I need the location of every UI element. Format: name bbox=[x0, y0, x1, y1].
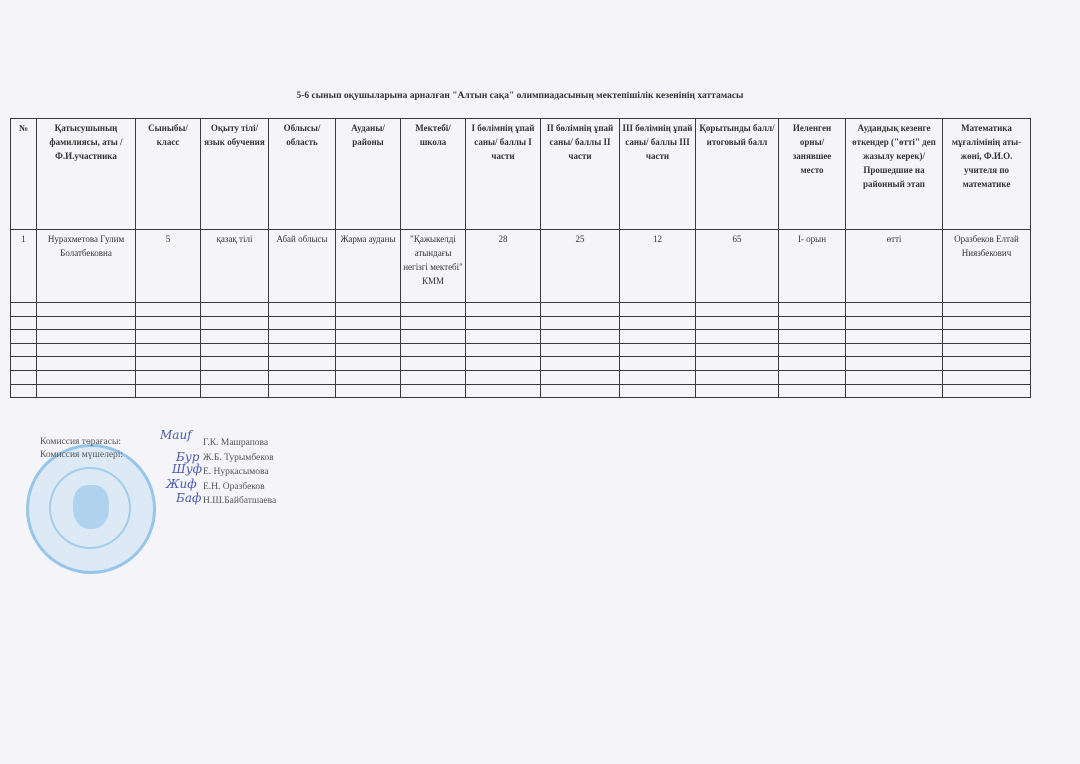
members-label: Комиссия мүшелері: bbox=[40, 449, 123, 462]
empty-cell bbox=[779, 330, 846, 344]
empty-cell bbox=[201, 330, 269, 344]
empty-cell bbox=[620, 303, 696, 317]
cell-grade: 5 bbox=[136, 230, 201, 303]
empty-cell bbox=[401, 370, 466, 384]
empty-cell bbox=[269, 303, 336, 317]
table-row-empty bbox=[11, 384, 1031, 398]
empty-cell bbox=[336, 384, 401, 398]
cell-teacher: Оразбеков Елтай Ниязбекович bbox=[943, 230, 1031, 303]
col-header-district: Ауданы/ районы bbox=[336, 119, 401, 230]
col-header-grade: Сыныбы/класс bbox=[136, 119, 201, 230]
empty-cell bbox=[336, 330, 401, 344]
empty-cell bbox=[37, 370, 136, 384]
state-emblem-icon bbox=[73, 485, 109, 529]
empty-cell bbox=[136, 316, 201, 330]
cell-part2: 25 bbox=[541, 230, 620, 303]
empty-cell bbox=[779, 343, 846, 357]
empty-cell bbox=[37, 357, 136, 371]
empty-cell bbox=[37, 330, 136, 344]
col-header-passed: Аудандық кезенге өткендер ("өтті" деп жа… bbox=[846, 119, 943, 230]
official-stamp bbox=[26, 444, 156, 574]
empty-cell bbox=[11, 316, 37, 330]
empty-cell bbox=[779, 316, 846, 330]
cell-total: 65 bbox=[696, 230, 779, 303]
empty-cell bbox=[779, 370, 846, 384]
table-row-empty bbox=[11, 357, 1031, 371]
empty-cell bbox=[846, 384, 943, 398]
empty-cell bbox=[136, 303, 201, 317]
empty-cell bbox=[846, 357, 943, 371]
table-row: 1 Нурахметова Гулим Болатбековна 5 қазақ… bbox=[11, 230, 1031, 303]
empty-cell bbox=[620, 357, 696, 371]
empty-cell bbox=[269, 370, 336, 384]
empty-cell bbox=[11, 303, 37, 317]
table-row-empty bbox=[11, 303, 1031, 317]
empty-cell bbox=[466, 384, 541, 398]
empty-cell bbox=[943, 370, 1031, 384]
empty-cell bbox=[620, 384, 696, 398]
empty-cell bbox=[136, 384, 201, 398]
empty-cell bbox=[696, 330, 779, 344]
empty-cell bbox=[779, 303, 846, 317]
empty-cell bbox=[201, 303, 269, 317]
col-header-teacher: Математика мұғалімінің аты-жөні, Ф.И.О. … bbox=[943, 119, 1031, 230]
empty-cell bbox=[401, 357, 466, 371]
signature-member-3: Жиф bbox=[166, 477, 197, 491]
empty-cell bbox=[201, 343, 269, 357]
commission-name: Ж.Б. Турымбеков bbox=[203, 451, 276, 466]
empty-cell bbox=[269, 316, 336, 330]
empty-cell bbox=[943, 303, 1031, 317]
empty-cell bbox=[11, 357, 37, 371]
table-row-empty bbox=[11, 343, 1031, 357]
empty-cell bbox=[541, 370, 620, 384]
empty-cell bbox=[336, 303, 401, 317]
empty-cell bbox=[696, 370, 779, 384]
empty-cell bbox=[37, 303, 136, 317]
empty-cell bbox=[541, 384, 620, 398]
empty-cell bbox=[11, 384, 37, 398]
empty-cell bbox=[37, 343, 136, 357]
empty-cell bbox=[336, 316, 401, 330]
empty-cell bbox=[466, 330, 541, 344]
empty-cell bbox=[401, 343, 466, 357]
commission-name: Е.Н. Оразбеков bbox=[203, 480, 276, 495]
empty-cell bbox=[943, 384, 1031, 398]
cell-language: қазақ тілі bbox=[201, 230, 269, 303]
empty-cell bbox=[201, 316, 269, 330]
results-table: № Қатысушының фамилиясы, аты /Ф.И.участн… bbox=[10, 118, 1031, 398]
empty-cell bbox=[696, 303, 779, 317]
commission-name: Г.К. Машрапова bbox=[203, 436, 276, 451]
empty-cell bbox=[136, 370, 201, 384]
empty-cell bbox=[401, 330, 466, 344]
cell-part1: 28 bbox=[466, 230, 541, 303]
chair-label: Комиссия төрағасы: bbox=[40, 436, 121, 449]
empty-cell bbox=[269, 343, 336, 357]
empty-cell bbox=[696, 343, 779, 357]
empty-cell bbox=[620, 370, 696, 384]
empty-cell bbox=[541, 330, 620, 344]
empty-cell bbox=[620, 316, 696, 330]
empty-cell bbox=[466, 357, 541, 371]
empty-cell bbox=[943, 343, 1031, 357]
col-header-part1: I бөлімнің ұпай саны/ баллы I части bbox=[466, 119, 541, 230]
commission-name: Н.Ш.Байбатшаева bbox=[203, 494, 276, 509]
empty-cell bbox=[401, 316, 466, 330]
table-row-empty bbox=[11, 330, 1031, 344]
cell-part3: 12 bbox=[620, 230, 696, 303]
col-header-region: Облысы/ область bbox=[269, 119, 336, 230]
cell-place: I- орын bbox=[779, 230, 846, 303]
signature-chair: Mauf bbox=[160, 428, 192, 442]
empty-cell bbox=[37, 384, 136, 398]
cell-no: 1 bbox=[11, 230, 37, 303]
header-row: № Қатысушының фамилиясы, аты /Ф.И.участн… bbox=[11, 119, 1031, 230]
col-header-no: № bbox=[11, 119, 37, 230]
empty-cell bbox=[466, 316, 541, 330]
empty-cell bbox=[136, 330, 201, 344]
cell-district: Жарма ауданы bbox=[336, 230, 401, 303]
cell-region: Абай облысы bbox=[269, 230, 336, 303]
empty-cell bbox=[696, 384, 779, 398]
cell-passed: өтті bbox=[846, 230, 943, 303]
empty-cell bbox=[466, 343, 541, 357]
empty-cell bbox=[269, 330, 336, 344]
col-header-school: Мектебі/ школа bbox=[401, 119, 466, 230]
col-header-language: Оқыту тілі/ язык обучения bbox=[201, 119, 269, 230]
col-header-name: Қатысушының фамилиясы, аты /Ф.И.участник… bbox=[37, 119, 136, 230]
document-title: 5-6 сынып оқушыларына арналған "Алтын са… bbox=[240, 90, 800, 102]
commission-name: Е. Нуркасымова bbox=[203, 465, 276, 480]
empty-cell bbox=[846, 303, 943, 317]
empty-cell bbox=[779, 384, 846, 398]
empty-cell bbox=[541, 316, 620, 330]
col-header-place: Иеленген орны/ занявшее место bbox=[779, 119, 846, 230]
empty-cell bbox=[696, 357, 779, 371]
empty-cell bbox=[943, 330, 1031, 344]
empty-cell bbox=[401, 303, 466, 317]
empty-cell bbox=[401, 384, 466, 398]
empty-cell bbox=[269, 384, 336, 398]
commission-names: Г.К. Машрапова Ж.Б. Турымбеков Е. Нуркас… bbox=[203, 436, 276, 509]
empty-cell bbox=[336, 357, 401, 371]
col-header-part2: II бөлімнің ұпай саны/ баллы II части bbox=[541, 119, 620, 230]
empty-cell bbox=[37, 316, 136, 330]
cell-school: "Қажыкелді атындағы негізгі мектебі" КММ bbox=[401, 230, 466, 303]
empty-cell bbox=[696, 316, 779, 330]
empty-cell bbox=[846, 330, 943, 344]
empty-cell bbox=[466, 370, 541, 384]
empty-cell bbox=[136, 357, 201, 371]
empty-cell bbox=[11, 370, 37, 384]
empty-cell bbox=[846, 343, 943, 357]
empty-cell bbox=[201, 370, 269, 384]
empty-cell bbox=[11, 343, 37, 357]
col-header-total: Қорытынды балл/ итоговый балл bbox=[696, 119, 779, 230]
empty-cell bbox=[201, 357, 269, 371]
table-row-empty bbox=[11, 316, 1031, 330]
empty-cell bbox=[846, 316, 943, 330]
table-row-empty bbox=[11, 370, 1031, 384]
empty-cell bbox=[541, 343, 620, 357]
empty-cell bbox=[541, 303, 620, 317]
empty-cell bbox=[541, 357, 620, 371]
cell-name: Нурахметова Гулим Болатбековна bbox=[37, 230, 136, 303]
empty-cell bbox=[336, 343, 401, 357]
empty-cell bbox=[201, 384, 269, 398]
empty-cell bbox=[620, 330, 696, 344]
empty-cell bbox=[136, 343, 201, 357]
empty-cell bbox=[943, 316, 1031, 330]
empty-cell bbox=[943, 357, 1031, 371]
empty-cell bbox=[269, 357, 336, 371]
empty-cell bbox=[336, 370, 401, 384]
empty-cell bbox=[779, 357, 846, 371]
empty-cell bbox=[466, 303, 541, 317]
signature-member-4: Баф bbox=[176, 491, 201, 505]
col-header-part3: III бөлімнің ұпай саны/ баллы III части bbox=[620, 119, 696, 230]
empty-cell bbox=[620, 343, 696, 357]
empty-cell bbox=[846, 370, 943, 384]
signature-member-2: Шуф bbox=[172, 462, 202, 476]
empty-cell bbox=[11, 330, 37, 344]
